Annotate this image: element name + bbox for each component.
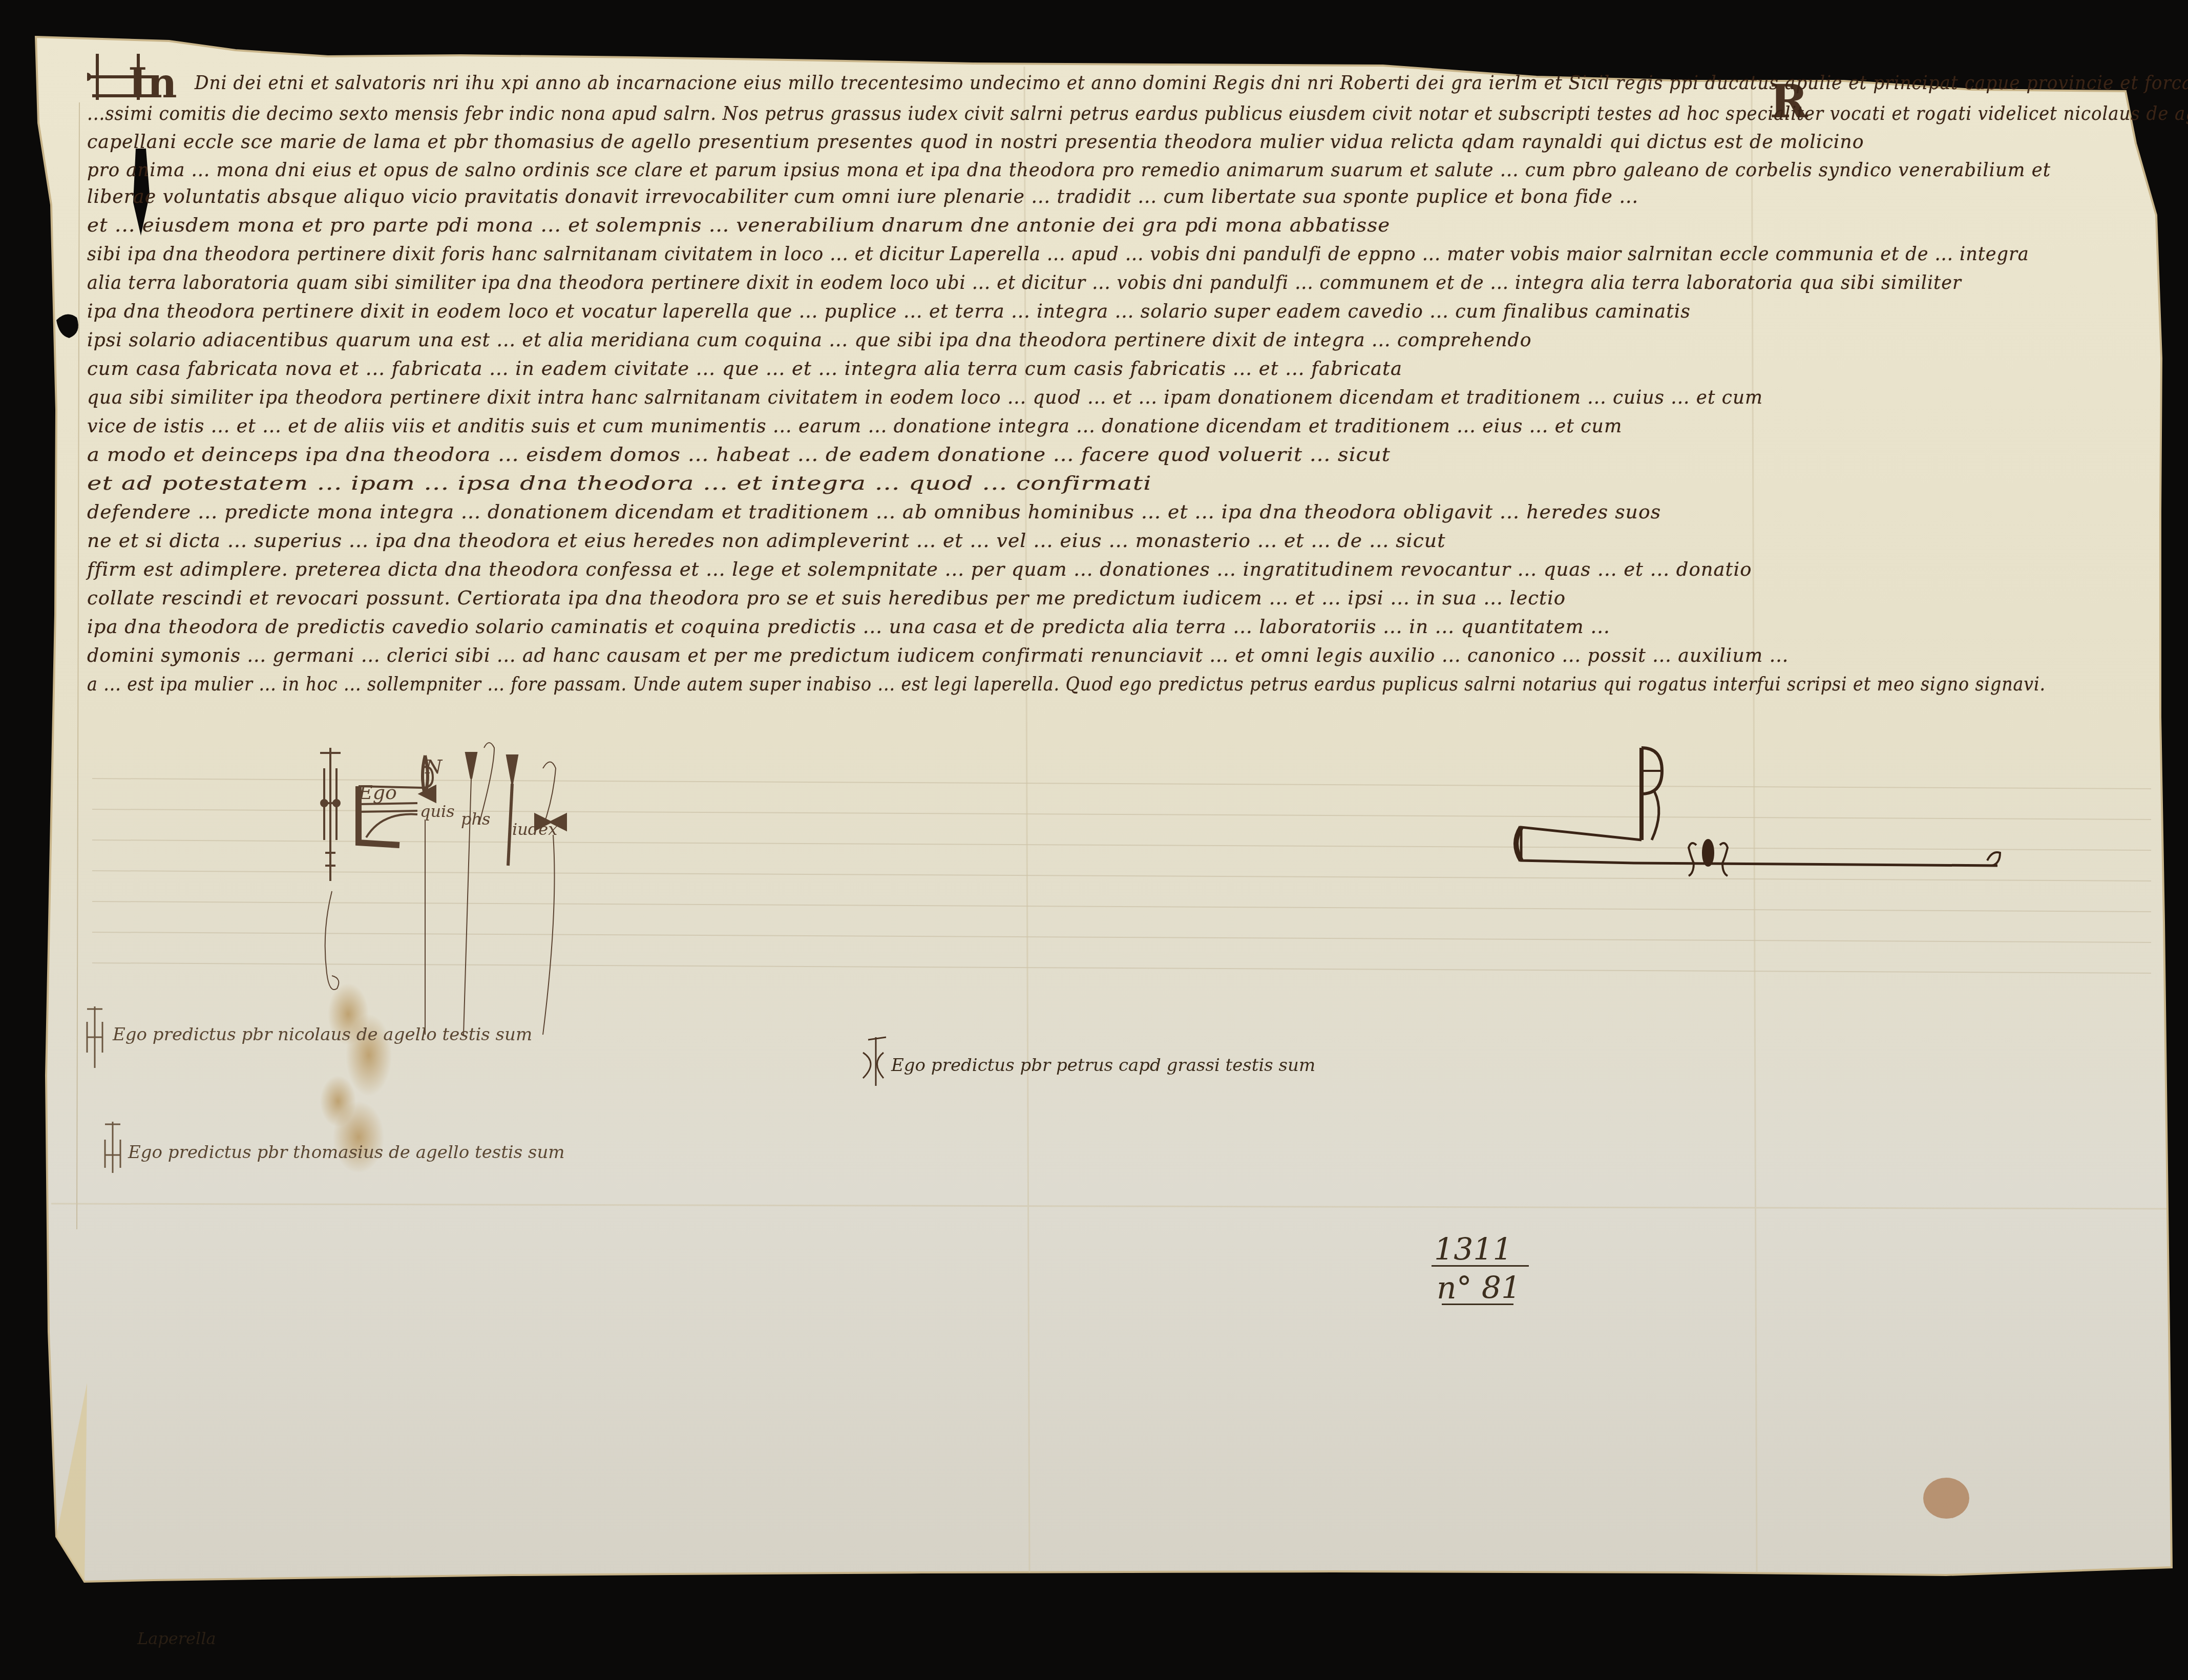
text-line-19: ipa dna theodora de predictis cavedio so… [87, 616, 1610, 638]
text-line-1: ...ssimi comitis die decimo sexto mensis… [87, 102, 2188, 124]
initial-letters: In [128, 59, 177, 107]
text-line-4: liberae voluntatis absque aliquo vicio p… [87, 185, 1638, 207]
text-line-9: ipsi solario adiacentibus quarum una est… [87, 329, 1532, 351]
text-line-16: ne et si dicta ... superius ... ipa dna … [87, 530, 1445, 552]
archive-underline [1442, 1304, 1513, 1305]
text-line-15: defendere ... predicte mona integra ... … [87, 501, 1661, 523]
text-line-11: qua sibi similiter ipa theodora pertiner… [87, 386, 1763, 408]
witness-2-cross-icon [97, 1117, 128, 1178]
text-line-20: domini symonis ... germani ... clerici s… [87, 644, 1789, 666]
archive-year: 1311 [1434, 1234, 1512, 1265]
witness-3-cross-icon [855, 1032, 896, 1088]
archive-number: n° 81 [1437, 1273, 1521, 1304]
text-line-18: collate rescindi et revocari possunt. Ce… [87, 587, 1566, 609]
text-line-2: capellani eccle sce marie de lama et pbr… [87, 131, 1864, 153]
notary-monogram-icon [1460, 738, 2038, 881]
judge-phs: phs [461, 809, 491, 829]
text-line-21: a ... est ipa mulier ... in hoc ... soll… [87, 673, 2046, 695]
text-line-17: ffirm est adimplere. preterea dicta dna … [87, 558, 1752, 580]
text-line-7: alia terra laboratoria quam sibi similit… [87, 271, 1962, 293]
judge-n: N [425, 755, 442, 778]
witness-2-text: Ego predictus pbr thomasius de agello te… [128, 1142, 565, 1163]
judge-iudex: iudex [512, 820, 557, 839]
text-line-3: pro anima ... mona dni eius et opus de s… [87, 159, 2051, 181]
witness-1-cross-icon [79, 1001, 110, 1073]
judge-quis: quis [420, 802, 455, 821]
text-line-6: sibi ipa dna theodora pertinere dixit fo… [87, 243, 2029, 265]
text-line-8: ipa dna theodora pertinere dixit in eode… [87, 300, 1691, 322]
judge-ego: Ego [359, 781, 397, 804]
text-line-0: Dni dei etni et salvatoris nri ihu xpi a… [195, 72, 2188, 94]
witness-1-text: Ego predictus pbr nicolaus de agello tes… [113, 1024, 532, 1045]
witness-3-text: Ego predictus pbr petrus capd grassi tes… [891, 1055, 1315, 1076]
text-line-12: vice de istis ... et ... et de aliis vii… [87, 415, 1622, 437]
text-line-10: cum casa fabricata nova et ... fabricata… [87, 358, 1402, 380]
dorsal-note: Laperella [137, 1629, 216, 1648]
text-line-5: et ... eiusdem mona et pro parte pdi mon… [87, 214, 1390, 236]
text-line-13: a modo et deinceps ipa dna theodora ... … [87, 444, 1391, 466]
archive-divider [1432, 1265, 1529, 1267]
text-line-14: et ad potestatem ... ipam ... ipsa dna t… [87, 472, 1152, 494]
